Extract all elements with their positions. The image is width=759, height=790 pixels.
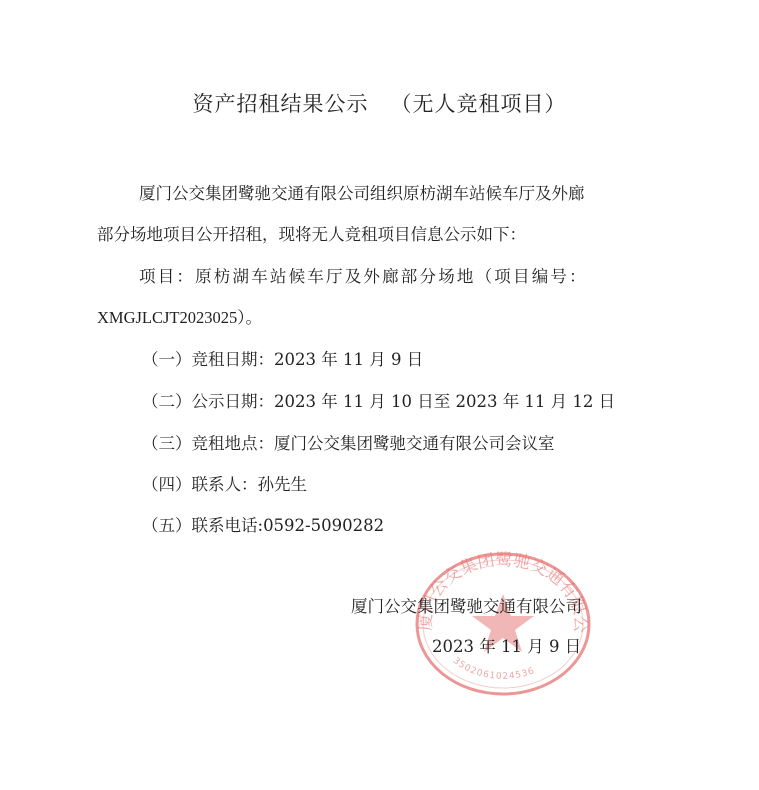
- signature-date: 2023 年 11 月 9 日: [432, 633, 581, 657]
- item-value: 0592-5090282: [263, 516, 384, 535]
- project-line-2: XMGJLCJT2023025）。: [97, 304, 262, 328]
- document-title: 资产招租结果公示（无人竞租项目）: [0, 88, 759, 118]
- project-line-1: 项目：原枋湖车站候车厅及外廊部分场地（项目编号：: [139, 263, 588, 287]
- svg-text:3502061024536: 3502061024536: [451, 656, 537, 682]
- item-value: 孙先生: [258, 475, 308, 494]
- title-sub: （无人竞租项目）: [391, 92, 567, 116]
- title-main: 资产招租结果公示: [193, 92, 369, 116]
- item-contact-person: （四）联系人：孙先生: [142, 471, 307, 495]
- item-label: （五）联系电话:: [142, 516, 263, 535]
- item-label: （二）公示日期：: [142, 392, 274, 411]
- company-seal-icon: 厦门公交集团鹭驰交通有限公司 3502061024536: [412, 548, 594, 700]
- item-contact-phone: （五）联系电话:0592-5090282: [142, 512, 384, 536]
- item-value: 2023 年 11 月 9 日: [274, 350, 423, 369]
- item-value: 2023 年 11 月 10 日至 2023 年 11 月 12 日: [274, 392, 615, 411]
- item-bid-date: （一）竞租日期：2023 年 11 月 9 日: [142, 346, 423, 370]
- item-label: （一）竞租日期：: [142, 350, 274, 369]
- seal-arc-text: 厦门公交集团鹭驰交通有限公司: [412, 548, 590, 633]
- item-notice-date: （二）公示日期：2023 年 11 月 10 日至 2023 年 11 月 12…: [142, 388, 615, 412]
- item-value: 厦门公交集团鹭驰交通有限公司会议室: [274, 434, 555, 453]
- intro-line-1: 厦门公交集团鹭驰交通有限公司组织原枋湖车站候车厅及外廊: [139, 180, 585, 204]
- svg-text:厦门公交集团鹭驰交通有限公司: 厦门公交集团鹭驰交通有限公司: [412, 548, 590, 633]
- item-bid-location: （三）竞租地点：厦门公交集团鹭驰交通有限公司会议室: [142, 430, 555, 454]
- signature-company: 厦门公交集团鹭驰交通有限公司: [351, 593, 582, 617]
- seal-number: 3502061024536: [451, 656, 537, 682]
- intro-line-2: 部分场地项目公开招租，现将无人竞租项目信息公示如下：: [97, 221, 526, 245]
- item-label: （三）竞租地点：: [142, 434, 274, 453]
- item-label: （四）联系人：: [142, 475, 258, 494]
